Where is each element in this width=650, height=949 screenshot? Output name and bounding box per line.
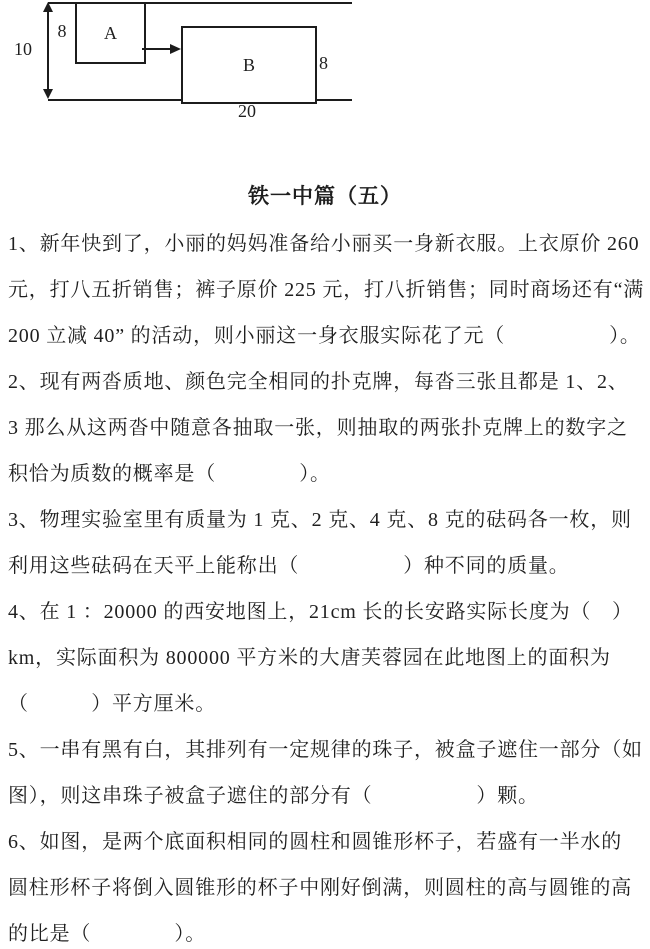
rect-a-label: A [104, 23, 117, 44]
question-4-line-3: （ ）平方厘米。 [8, 678, 645, 724]
dimension-label-rect-b-width: 20 [217, 102, 277, 121]
question-1-line-2: 元，打八五折销售；裤子原价 225 元，打八折销售；同时商场还有“满 [8, 264, 645, 310]
question-list: 1、新年快到了，小丽的妈妈准备给小丽买一身新衣服。上衣原价 260 元，打八五折… [0, 218, 650, 949]
geometry-diagram: 10 A 8 B 8 20 [0, 0, 650, 125]
arrow-right-icon [170, 44, 181, 54]
arrow-up-icon [43, 2, 53, 12]
question-2-line-3: 积恰为质数的概率是（ ）。 [8, 448, 645, 494]
question-2-line-1: 2、现有两沓质地、颜色完全相同的扑克牌，每沓三张且都是 1、2、 [8, 356, 645, 402]
rect-b: B [181, 26, 317, 104]
question-1-line-1: 1、新年快到了，小丽的妈妈准备给小丽买一身新衣服。上衣原价 260 [8, 218, 645, 264]
move-arrow-line [142, 48, 172, 50]
rect-b-label: B [243, 55, 255, 76]
question-6-line-3: 的比是（ ）。 [8, 908, 645, 949]
vertical-dimension-line [47, 4, 49, 97]
question-4-line-1: 4、在 1 ：20000 的西安地图上，21cm 长的长安路实际长度为（ ） [8, 586, 645, 632]
page-title: 铁一中篇（五） [0, 184, 650, 208]
question-6-line-1: 6、如图，是两个底面积相同的圆柱和圆锥形杯子，若盛有一半水的 [8, 816, 645, 862]
question-6-line-2: 圆柱形杯子将倒入圆锥形的杯子中刚好倒满，则圆柱的高与圆锥的高 [8, 862, 645, 908]
question-3-line-1: 3、物理实验室里有质量为 1 克、2 克、4 克、8 克的砝码各一枚，则 [8, 494, 645, 540]
question-4-line-2: km，实际面积为 800000 平方米的大唐芙蓉园在此地图上的面积为 [8, 632, 645, 678]
question-2-line-2: 3 那么从这两沓中随意各抽取一张，则抽取的两张扑克牌上的数字之 [8, 402, 645, 448]
question-3-line-2: 利用这些砝码在天平上能称出（ ）种不同的质量。 [8, 540, 645, 586]
question-1-line-3: 200 立减 40” 的活动，则小丽这一身衣服实际花了元（ ）。 [8, 310, 645, 356]
dimension-label-total-height: 10 [8, 40, 38, 59]
dimension-label-rect-a-height: 8 [52, 22, 72, 41]
question-5-line-2: 图），则这串珠子被盒子遮住的部分有（ ）颗。 [8, 770, 645, 816]
rect-a: A [75, 2, 146, 64]
arrow-down-icon [43, 89, 53, 99]
dimension-label-rect-b-height: 8 [319, 54, 339, 73]
question-5-line-1: 5、一串有黑有白，其排列有一定规律的珠子，被盒子遮住一部分（如 [8, 724, 645, 770]
